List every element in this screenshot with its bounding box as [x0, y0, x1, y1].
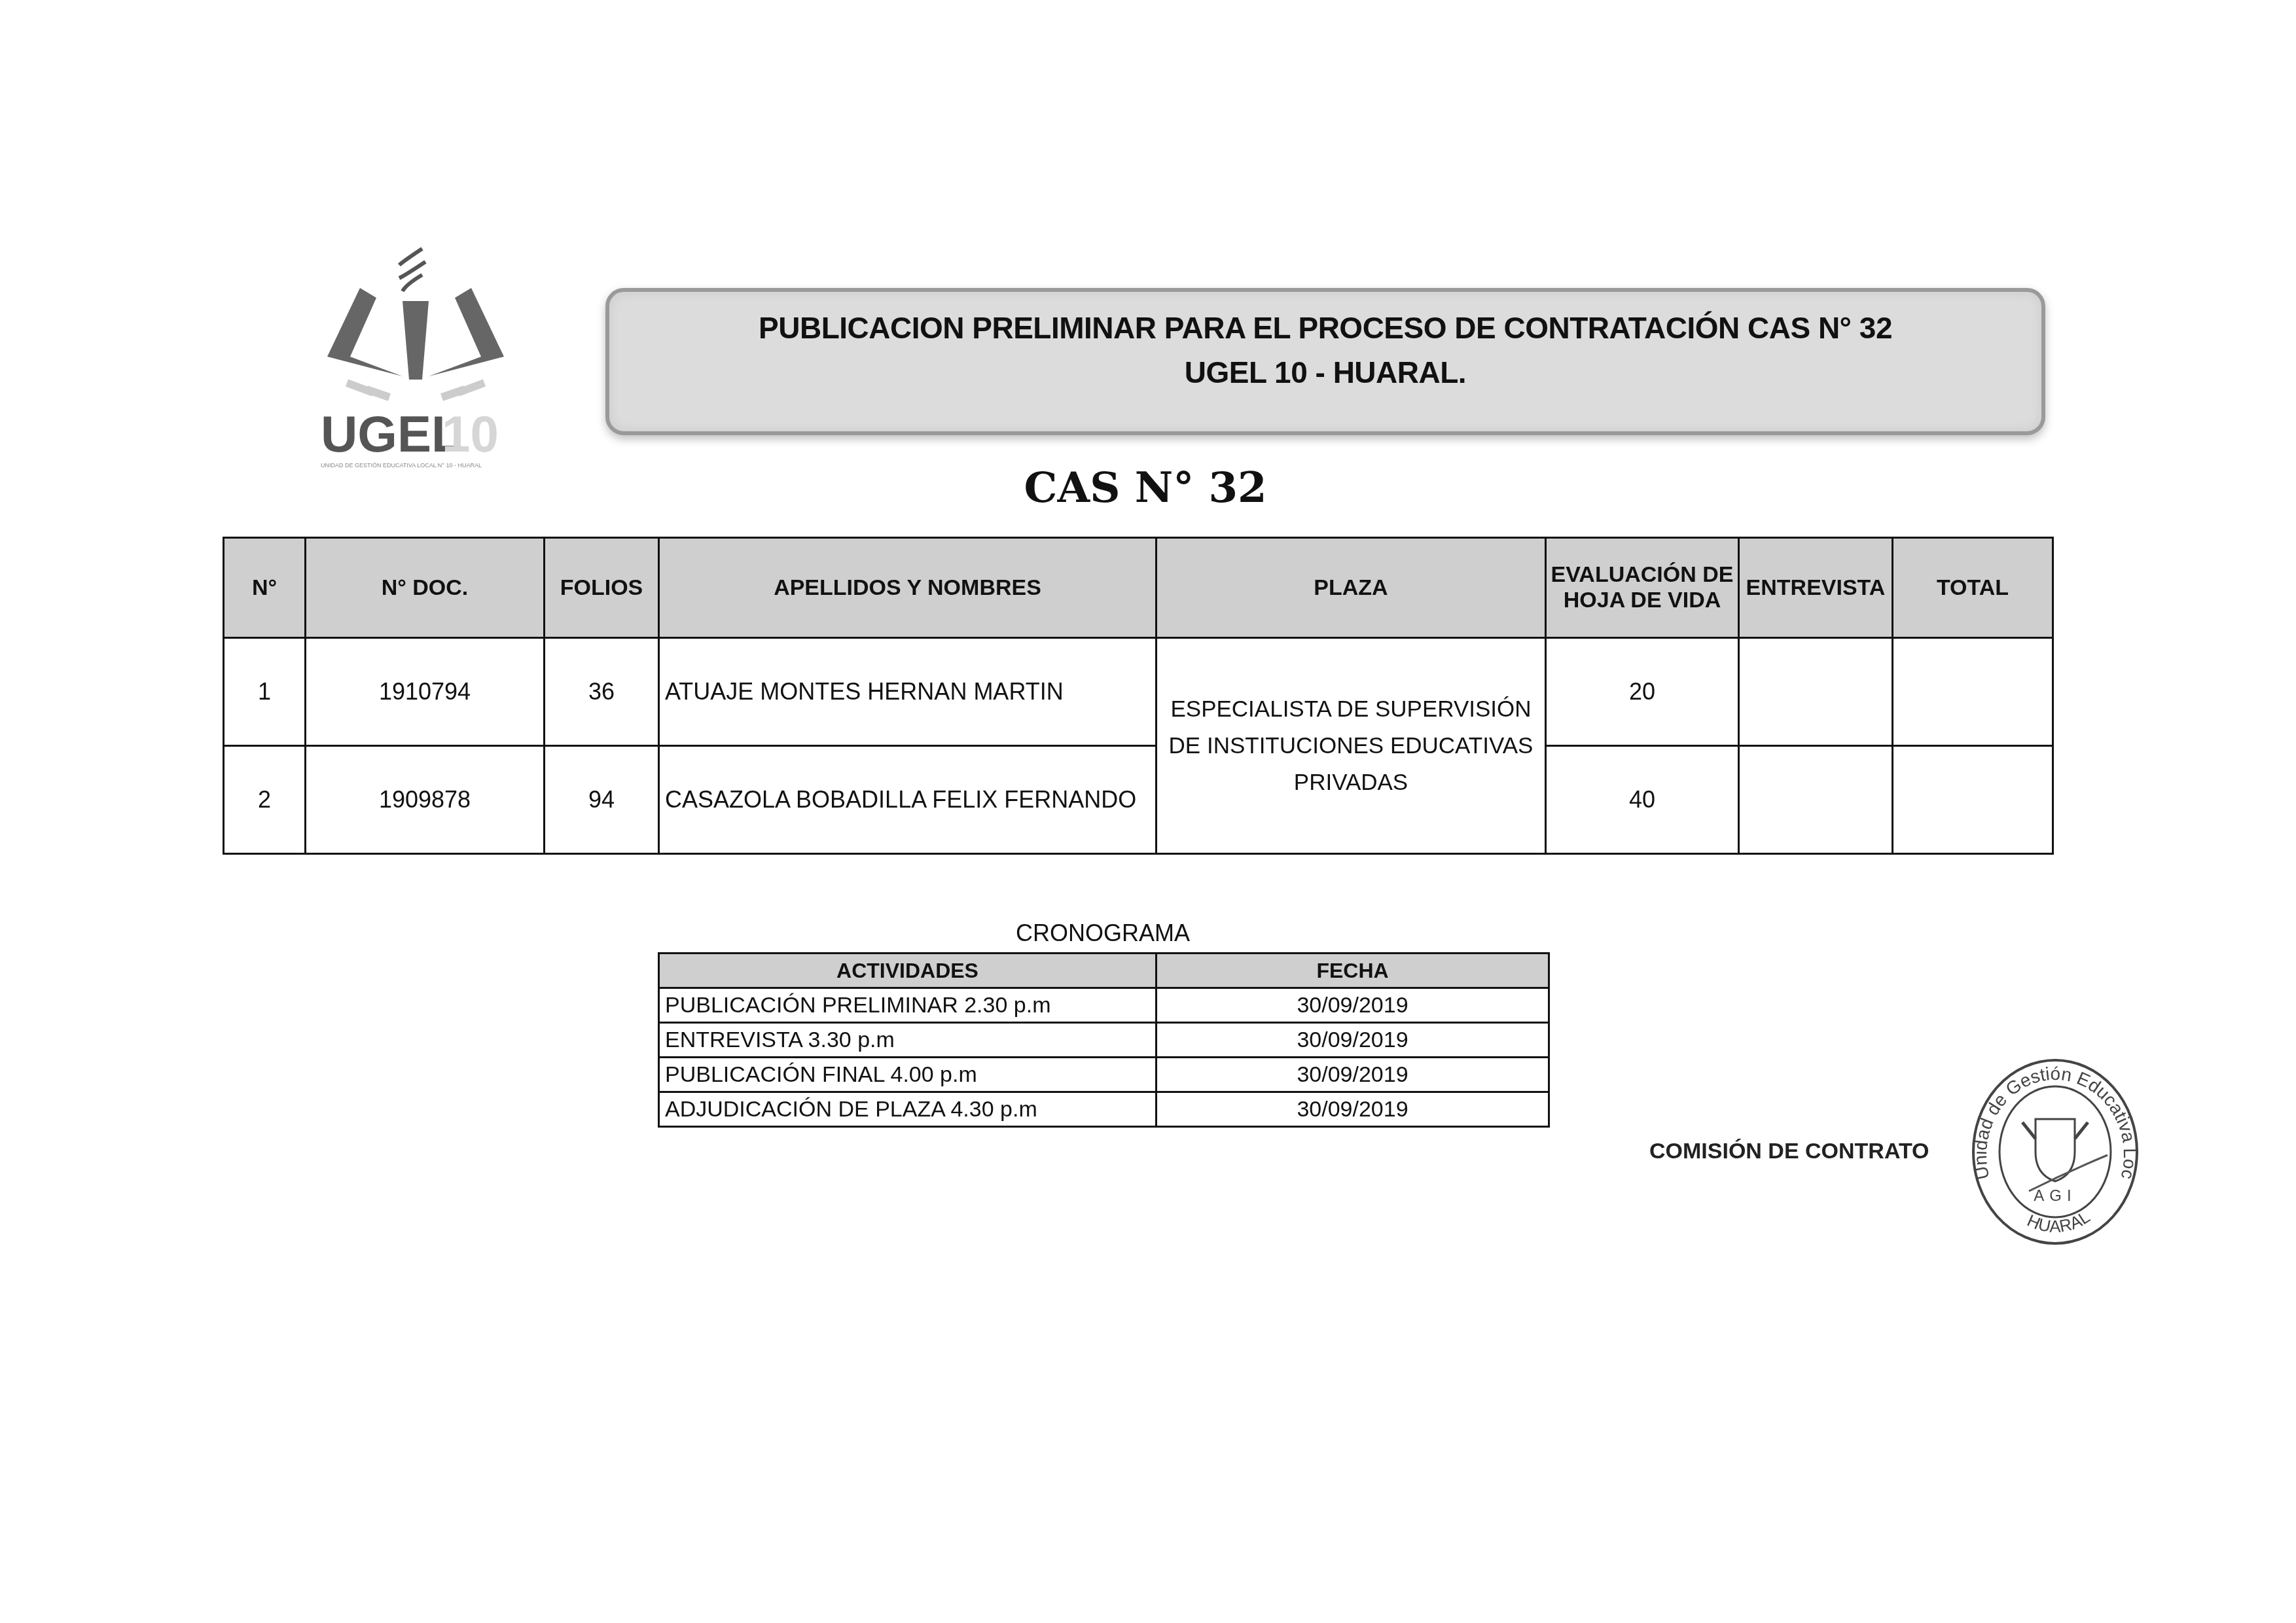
table-header-row: N° N° DOC. FOLIOS APELLIDOS Y NOMBRES PL…: [224, 538, 2053, 638]
cell-evaluacion: 20: [1546, 638, 1739, 746]
svg-text:10: 10: [442, 405, 499, 463]
banner-title: PUBLICACION PRELIMINAR PARA EL PROCESO D…: [609, 310, 2041, 346]
candidates-table: N° N° DOC. FOLIOS APELLIDOS Y NOMBRES PL…: [223, 537, 2054, 855]
cell-folios: 36: [545, 638, 659, 746]
cronograma-header-row: ACTIVIDADES FECHA: [659, 954, 1549, 988]
cell-actividad: PUBLICACIÓN PRELIMINAR 2.30 p.m: [659, 988, 1157, 1023]
svg-text:HUARAL: HUARAL: [2024, 1207, 2094, 1236]
comision-label: COMISIÓN DE CONTRATO: [1649, 1139, 1929, 1164]
cell-nombre: CASAZOLA BOBADILLA FELIX FERNANDO: [659, 746, 1157, 854]
cell-evaluacion: 40: [1546, 746, 1739, 854]
header-fecha: FECHA: [1157, 954, 1549, 988]
cas-title: CAS N° 32: [982, 463, 1309, 512]
cell-fecha: 30/09/2019: [1157, 1023, 1549, 1058]
cronograma-title: CRONOGRAMA: [655, 919, 1551, 947]
cell-entrevista: [1739, 746, 1893, 854]
torch-book-icon: UGEL 10 UNIDAD DE GESTIÓN EDUCATIVA LOCA…: [288, 223, 537, 471]
banner-subtitle: UGEL 10 - HUARAL.: [609, 355, 2041, 390]
cell-actividad: ENTREVISTA 3.30 p.m: [659, 1023, 1157, 1058]
cell-n: 1: [224, 638, 306, 746]
header-banner: PUBLICACION PRELIMINAR PARA EL PROCESO D…: [605, 288, 2045, 435]
cell-n: 2: [224, 746, 306, 854]
cell-doc: 1909878: [306, 746, 545, 854]
cronograma-row: PUBLICACIÓN FINAL 4.00 p.m 30/09/2019: [659, 1058, 1549, 1092]
cell-plaza: ESPECIALISTA DE SUPERVISIÓN DE INSTITUCI…: [1157, 638, 1546, 854]
official-stamp: Unidad de Gestión Educativa Local N° 10 …: [1964, 1054, 2147, 1250]
cronograma-row: ENTREVISTA 3.30 p.m 30/09/2019: [659, 1023, 1549, 1058]
cell-actividad: PUBLICACIÓN FINAL 4.00 p.m: [659, 1058, 1157, 1092]
cell-doc: 1910794: [306, 638, 545, 746]
header-evaluacion: EVALUACIÓN DE HOJA DE VIDA: [1546, 538, 1739, 638]
header-plaza: PLAZA: [1157, 538, 1546, 638]
cell-fecha: 30/09/2019: [1157, 1058, 1549, 1092]
cell-actividad: ADJUDICACIÓN DE PLAZA 4.30 p.m: [659, 1092, 1157, 1127]
cell-entrevista: [1739, 638, 1893, 746]
svg-text:Unidad de Gestión Educativa Lo: Unidad de Gestión Educativa Local N° 10: [1964, 1054, 2140, 1181]
header-nombres: APELLIDOS Y NOMBRES: [659, 538, 1157, 638]
cell-fecha: 30/09/2019: [1157, 988, 1549, 1023]
cell-total: [1893, 746, 2053, 854]
table-row: 2 1909878 94 CASAZOLA BOBADILLA FELIX FE…: [224, 746, 2053, 854]
cell-nombre: ATUAJE MONTES HERNAN MARTIN: [659, 638, 1157, 746]
cell-fecha: 30/09/2019: [1157, 1092, 1549, 1127]
cronograma-table: ACTIVIDADES FECHA PUBLICACIÓN PRELIMINAR…: [658, 952, 1550, 1128]
cronograma-row: PUBLICACIÓN PRELIMINAR 2.30 p.m 30/09/20…: [659, 988, 1549, 1023]
svg-text:AGI: AGI: [2034, 1187, 2076, 1205]
header-folios: FOLIOS: [545, 538, 659, 638]
header-actividades: ACTIVIDADES: [659, 954, 1157, 988]
ugel-logo: UGEL 10 UNIDAD DE GESTIÓN EDUCATIVA LOCA…: [288, 223, 537, 471]
header-total: TOTAL: [1893, 538, 2053, 638]
svg-text:UNIDAD DE GESTIÓN EDUCATIVA LO: UNIDAD DE GESTIÓN EDUCATIVA LOCAL N° 10 …: [321, 462, 482, 469]
cell-total: [1893, 638, 2053, 746]
header-doc: N° DOC.: [306, 538, 545, 638]
header-n: N°: [224, 538, 306, 638]
seal-icon: Unidad de Gestión Educativa Local N° 10 …: [1964, 1054, 2147, 1250]
header-entrevista: ENTREVISTA: [1739, 538, 1893, 638]
cronograma-row: ADJUDICACIÓN DE PLAZA 4.30 p.m 30/09/201…: [659, 1092, 1549, 1127]
table-row: 1 1910794 36 ATUAJE MONTES HERNAN MARTIN…: [224, 638, 2053, 746]
cell-folios: 94: [545, 746, 659, 854]
